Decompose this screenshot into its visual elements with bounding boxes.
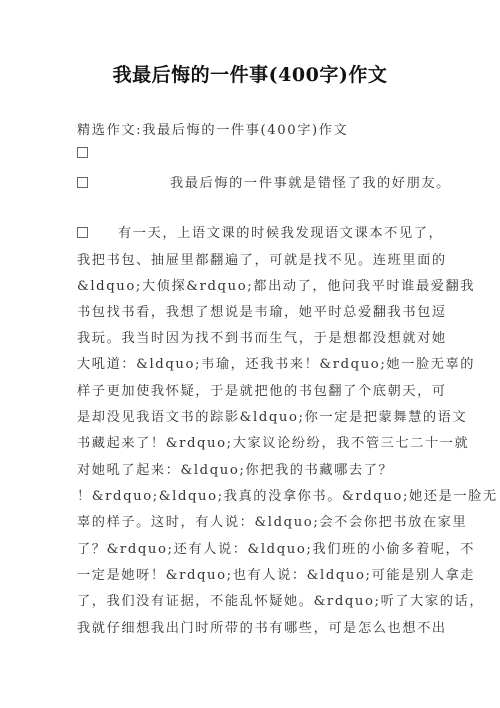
placeholder-box-icon <box>77 227 88 238</box>
placeholder-box-icon <box>77 177 88 188</box>
body-line: 是却没见我语文书的踪影&ldquo;你一定是把蒙舞慧的语文 <box>77 406 467 425</box>
body-line: 大吼道：&ldquo;韦瑜，还我书来！&rdquo;她一脸无辜的 <box>77 353 475 372</box>
body-line: 我玩。我当时因为找不到书而生气，于是想都没想就对她 <box>77 327 447 346</box>
placeholder-box-icon <box>77 147 88 158</box>
empty-line <box>77 146 88 161</box>
body-line: ！&rdquo;&ldquo;我真的没拿你书。&rdquo;她还是一脸无 <box>77 485 498 504</box>
document-title: 我最后悔的一件事(400字)作文 <box>0 60 500 87</box>
body-line: 辜的样子。这时，有人说：&ldquo;会不会你把书放在家里 <box>77 511 467 530</box>
body-line: 书包找书看，我想了想说是韦瑜，她平时总爱翻我书包逗 <box>77 301 447 320</box>
paragraph-first-text: 有一天，上语文课的时候我发现语文课本不见了， <box>118 226 443 241</box>
body-line: 样子更加使我怀疑，于是就把他的书包翻了个底朝天，可 <box>77 380 447 399</box>
body-line: 我把书包、抽屉里都翻遍了，可就是找不见。连班里面的 <box>77 249 447 268</box>
first-sentence-line: 我最后悔的一件事就是错怪了我的好朋友。 <box>77 172 451 191</box>
body-line: 一定是她呀！&rdquo;也有人说：&ldquo;可能是别人拿走 <box>77 564 475 583</box>
body-line: 我就仔细想我出门时所带的书有哪些，可是怎么也想不出 <box>77 617 447 636</box>
body-line: 书藏起来了！&rdquo;大家议论纷纷，我不管三七二十一就 <box>77 432 469 451</box>
body-line: 了，我们没有证据，不能乱怀疑她。&rdquo;听了大家的话， <box>77 590 484 609</box>
body-line: &ldquo;大侦探&rdquo;都出动了，他问我平时谁最爱翻我 <box>77 275 475 294</box>
subtitle: 精选作文:我最后悔的一件事(400字)作文 <box>77 119 348 138</box>
paragraph-first-line: 有一天，上语文课的时候我发现语文课本不见了， <box>77 222 443 241</box>
body-line: 了？&rdquo;还有人说：&ldquo;我们班的小偷多着呢，不 <box>77 538 475 557</box>
first-sentence: 我最后悔的一件事就是错怪了我的好朋友。 <box>170 176 451 191</box>
body-line: 对她吼了起来：&ldquo;你把我的书藏哪去了？ <box>77 459 393 478</box>
